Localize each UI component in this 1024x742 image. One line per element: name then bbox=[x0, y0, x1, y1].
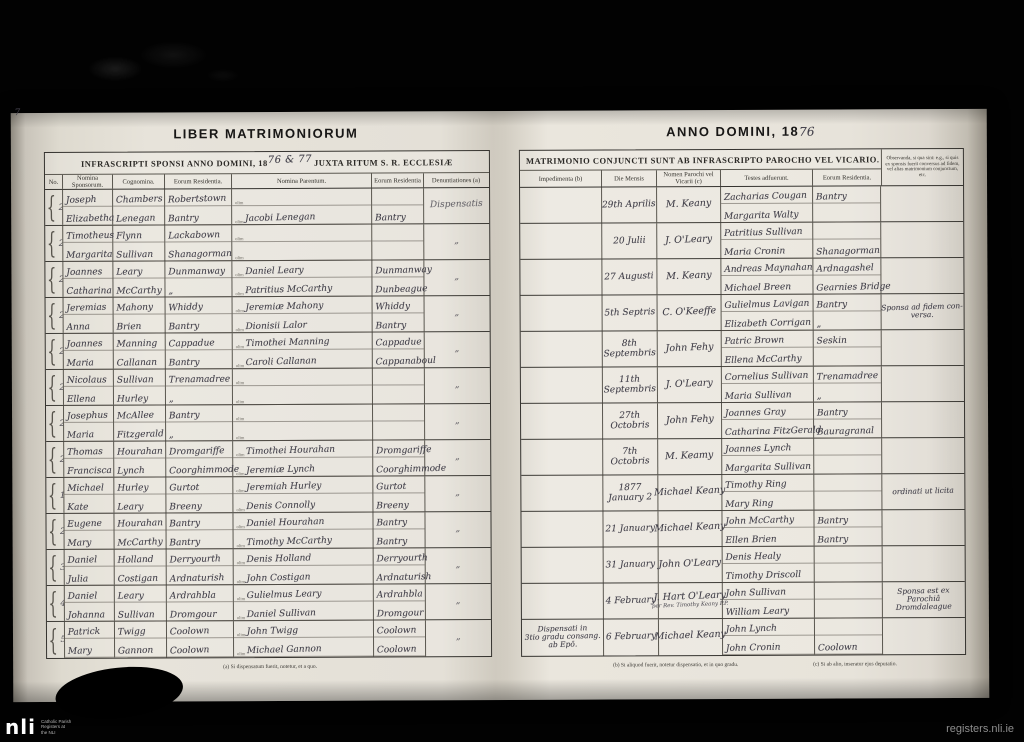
groom-parent-residence-line bbox=[372, 188, 423, 205]
left-cell-spouse-residence: LackabownShanagorman bbox=[165, 225, 232, 260]
left-cell-spouse-residence: DerryourthArdnaturish bbox=[167, 549, 234, 584]
witness-2-line: Catharina FitzGerald bbox=[722, 422, 813, 439]
observanda-center: Sponsa ad fidem con- versa. bbox=[882, 294, 964, 329]
spouse-surname-bride: Lynch bbox=[117, 467, 145, 477]
spouse-surname-bride-line: Sullivan bbox=[115, 604, 166, 621]
observanda-center bbox=[882, 402, 964, 437]
spouse-name-bride-line: Maria bbox=[64, 425, 113, 442]
spouse-surname-bride: Hurley bbox=[117, 395, 148, 405]
observanda-value: Sponsa ad fidem con- versa. bbox=[881, 302, 963, 320]
left-register-row: {27NicolausEllenaSullivanHurleyTrenamadr… bbox=[46, 368, 490, 406]
right-register-row: 1877 January 2Michael KeanyTimothy RingM… bbox=[521, 474, 964, 512]
groom-parent-residence-line: Dromgariffe bbox=[373, 440, 424, 457]
right-page-title: ANNO DOMINI, 1876 bbox=[519, 123, 962, 140]
witness-2-residence-line: Gearnies Bridge bbox=[813, 277, 880, 294]
spouse-residence-groom: Gurtot bbox=[169, 484, 199, 494]
impedimenta-center bbox=[522, 548, 603, 583]
denuntiationes-cell: „ bbox=[425, 440, 489, 475]
spouse-residence-bride-line: Bantry bbox=[166, 352, 232, 369]
spouse-residence-groom-line: Ardrahbla bbox=[167, 585, 233, 602]
observanda-cell bbox=[883, 618, 965, 654]
witness-1-line: Andreas Maynahan bbox=[721, 259, 812, 276]
witness-2: Margarita Walty bbox=[724, 211, 799, 223]
right-register-row: 29th AprilisM. KeanyZacharias CouganMarg… bbox=[520, 186, 963, 224]
watermark-url: registers.nli.ie bbox=[946, 723, 1014, 735]
observanda-center bbox=[883, 546, 965, 581]
witness-1-residence: Bantry bbox=[816, 300, 847, 310]
impedimenta-cell bbox=[521, 296, 603, 331]
witness-1-residence-line bbox=[814, 438, 881, 455]
observanda-center bbox=[882, 510, 964, 545]
witness-residence-cell: Seskin bbox=[814, 330, 882, 365]
denuntiationes-center: „ bbox=[425, 476, 489, 511]
denuntiationes-center: „ bbox=[425, 404, 489, 439]
bride-parent-name-line: olimCaroli Callanan bbox=[233, 352, 372, 370]
spouse-surname-groom: Hurley bbox=[117, 484, 148, 494]
right-register-row: 20 JuliiJ. O'LearyPatritius SullivanMari… bbox=[520, 222, 963, 260]
bride-parent-residence: Bantry bbox=[375, 213, 406, 223]
witness-2-line: Maria Sullivan bbox=[722, 386, 813, 403]
spouse-residence-groom-line: Dromgariffe bbox=[166, 441, 232, 458]
spouse-name-groom: Joannes bbox=[67, 340, 103, 350]
spouse-name-bride: Francisca bbox=[67, 466, 112, 477]
nli-logo-caption: Catholic ParishRegisters atthe NLI bbox=[41, 719, 71, 735]
spouse-residence-bride-line: Coorghimmode bbox=[166, 460, 232, 477]
witness-1: Gulielmus Lavigan bbox=[724, 299, 809, 311]
column-header-left-5: Eorum Residentia bbox=[372, 173, 424, 187]
bride-parent-residence-line: Cappanaboul bbox=[373, 351, 424, 368]
witness-2-line: Margarita Sullivan bbox=[722, 458, 813, 475]
left-cell-spouse-name: DanielJohanna bbox=[65, 586, 115, 621]
spouse-residence-bride: Bantry bbox=[168, 214, 199, 224]
date-cell: 27 Augusti bbox=[602, 259, 657, 294]
entry-number-cell: {3 bbox=[47, 550, 65, 585]
witness-2-residence-line: Bauragranal bbox=[814, 421, 881, 438]
spouse-surname-bride-line: Gannon bbox=[115, 640, 166, 657]
spouse-surname-bride: McCarthy bbox=[117, 538, 163, 549]
observanda-cell bbox=[882, 330, 964, 365]
spouse-surname-groom: Holland bbox=[117, 555, 153, 565]
spouse-residence-bride: Dromgour bbox=[170, 610, 217, 620]
parents-residence-cell: DromgariffeCoorghimmode bbox=[373, 440, 425, 475]
groom-parent-name-line: olim bbox=[233, 369, 372, 387]
spouse-name-bride-line: Ellena bbox=[64, 389, 113, 406]
date-center: 29th Aprilis bbox=[602, 187, 656, 222]
marriage-date-value: 20 Julii bbox=[613, 235, 646, 246]
spouse-surname-bride-line: McCarthy bbox=[115, 532, 166, 549]
parents-residence-cell: DerryourthArdnaturish bbox=[374, 548, 426, 583]
observanda-center bbox=[882, 330, 964, 365]
priest-signature: M. Keamy bbox=[665, 450, 714, 461]
witness-1-residence-line bbox=[814, 474, 881, 491]
spouse-name-bride: Maria bbox=[67, 431, 94, 441]
spouse-residence-groom-line: Trenamadree bbox=[166, 369, 232, 386]
spouse-name-groom-line: Joseph bbox=[63, 190, 112, 207]
bride-parent-residence: Dromgour bbox=[377, 609, 424, 620]
parents-name-cell: olimolimJacobi Lenegan bbox=[232, 189, 372, 225]
parents-residence-cell: BantryBantry bbox=[373, 512, 425, 547]
spouse-surname-groom-line: Hourahan bbox=[114, 513, 165, 530]
marriage-date-value: 8th Septembris bbox=[602, 338, 657, 359]
left-register-row: {3DanielJuliaHollandCostiganDerryourthAr… bbox=[47, 548, 491, 586]
entry-number-cell: {1 bbox=[46, 478, 64, 513]
parents-name-cell: olimolim bbox=[233, 369, 373, 405]
spouse-residence-bride-line: Bantry bbox=[167, 532, 233, 549]
spouse-residence-bride: „ bbox=[169, 431, 174, 441]
denuntiationes-center: „ bbox=[425, 368, 489, 403]
witness-1: Cornelius Sullivan bbox=[725, 371, 809, 383]
impedimenta-cell bbox=[520, 188, 602, 223]
spouse-surname-bride: Leary bbox=[117, 503, 143, 513]
column-header-left-3: Eorum Residentia. bbox=[165, 174, 232, 188]
parent-prefix-label: olim bbox=[236, 327, 244, 332]
parent-prefix-label: olim bbox=[236, 507, 244, 512]
nli-logo: nli Catholic ParishRegisters atthe NLI bbox=[5, 717, 71, 737]
bride-parent-name: Daniel Sullivan bbox=[247, 609, 316, 620]
spouse-surname-groom-line: Hourahan bbox=[114, 441, 165, 458]
left-cell-spouse-surname: FlynnSullivan bbox=[113, 225, 165, 260]
bride-parent-residence-line: Bantry bbox=[374, 531, 425, 548]
bride-parent-name-line: olimDenis Connolly bbox=[233, 496, 372, 514]
parent-prefix-label: olim bbox=[237, 560, 245, 565]
denuntiationes-cell: „ bbox=[425, 296, 489, 331]
observanda-header: Observanda, si qua sint: e.g., si quis e… bbox=[881, 149, 963, 185]
priest-center: John Fehy bbox=[658, 403, 721, 438]
denuntiationes-center: „ bbox=[426, 620, 490, 656]
spouse-name-bride-line: Maria bbox=[64, 353, 113, 370]
spouse-residence-bride-line: Coolown bbox=[167, 640, 233, 657]
impedimenta-cell bbox=[521, 440, 603, 475]
spouse-name-bride: Maria bbox=[67, 359, 94, 369]
spouse-surname-bride-line: Leary bbox=[114, 496, 165, 513]
witness-2-line: Maria Cronin bbox=[721, 242, 812, 259]
impedimenta-center bbox=[520, 224, 601, 259]
witness-2-line: Margarita Walty bbox=[721, 206, 812, 223]
observanda-value: ordinati ut licita bbox=[892, 486, 954, 496]
witness-1-line: Gulielmus Lavigan bbox=[722, 295, 813, 312]
marriage-date-value: 4 February bbox=[605, 595, 656, 606]
spouse-name-bride: Margarita bbox=[66, 250, 112, 261]
observanda-cell bbox=[882, 402, 964, 437]
right-register-row: 5th SeptrisC. O'KeeffeGulielmus LaviganE… bbox=[521, 294, 964, 332]
spouse-residence-bride: Breeny bbox=[169, 502, 202, 512]
witness-residence-cell: Trenamadree„ bbox=[814, 366, 882, 401]
bride-parent-residence-line: Breeny bbox=[373, 495, 424, 512]
parent-prefix-label: olim bbox=[235, 200, 243, 205]
spouse-name-bride: Johanna bbox=[68, 611, 105, 621]
denuntiationes-value: „ bbox=[455, 561, 460, 571]
spouse-residence-bride-line: Dromgour bbox=[167, 604, 233, 621]
left-cell-spouse-name: EugeneMary bbox=[64, 514, 114, 549]
entry-number-cell: {22 bbox=[45, 190, 63, 225]
spouse-surname-groom-line: Holland bbox=[115, 549, 166, 566]
observanda-cell bbox=[881, 186, 963, 221]
witness-1-residence: Bantry bbox=[817, 408, 848, 418]
groom-parent-name: Timothei Manning bbox=[246, 337, 330, 349]
marriage-date-value: 1877 January 2 bbox=[608, 482, 652, 503]
parent-prefix-label: olim bbox=[237, 632, 245, 637]
denuntiationes-cell: „ bbox=[425, 476, 489, 511]
marriage-date-value: 21 January bbox=[605, 523, 655, 534]
spouse-residence-groom-line: Lackabown bbox=[165, 225, 231, 242]
witness-2: John Cronin bbox=[726, 643, 781, 654]
couple-brace: { bbox=[47, 193, 56, 222]
witness-residence-cell bbox=[814, 438, 882, 473]
right-register-row: 11th SeptembrisJ. O'LearyCornelius Sulli… bbox=[521, 366, 964, 404]
groom-parent-name-line: olimTimothei Hourahan bbox=[233, 441, 372, 459]
spouse-surname-bride-line: Brien bbox=[114, 316, 165, 333]
witness-1-residence-line: Bantry bbox=[814, 294, 881, 311]
groom-parent-name-line: olim bbox=[233, 405, 372, 423]
bride-parent-name: Timothy McCarthy bbox=[247, 536, 333, 548]
right-register-row: 27 AugustiM. KeanyAndreas MaynahanMichae… bbox=[520, 258, 963, 296]
priest-signature: John Fehy bbox=[665, 342, 713, 353]
right-register-row: 31 JanuaryJohn O'LearyDenis HealyTimothy… bbox=[522, 546, 965, 584]
witnesses-cell: Patric BrownEllena McCarthy bbox=[722, 331, 814, 366]
left-cell-spouse-residence: DromgariffeCoorghimmode bbox=[166, 441, 233, 476]
parent-prefix-label: olim bbox=[236, 452, 244, 457]
priest-cell: Michael Keany bbox=[658, 475, 722, 510]
left-register-row: {24JoannesCatharinaLearyMcCarthyDunmanwa… bbox=[45, 260, 489, 298]
parent-prefix-label: olim bbox=[235, 291, 243, 296]
spouse-name-bride: Mary bbox=[67, 539, 91, 549]
parent-prefix-label: olim bbox=[236, 308, 244, 313]
spouse-residence-groom: Bantry bbox=[169, 411, 200, 421]
priest-signature-note: per Rev. Timothy Keany P.P. bbox=[652, 601, 729, 610]
bride-parent-name-line: olimJohn Costigan bbox=[234, 568, 373, 586]
left-cell-spouse-name: JoannesMaria bbox=[64, 334, 114, 369]
priest-signature: Michael Keany bbox=[655, 630, 726, 642]
bride-parent-name-line: olimPatritius McCarthy bbox=[232, 280, 371, 298]
left-cell-spouse-name: PatrickMary bbox=[65, 622, 115, 658]
spouse-name-groom-line: Joannes bbox=[64, 334, 113, 351]
observanda-center bbox=[882, 366, 964, 401]
witness-2-line: Timothy Driscoll bbox=[723, 566, 814, 583]
entry-number-cell: {27 bbox=[46, 370, 64, 405]
impedimenta-cell bbox=[522, 548, 604, 583]
bride-parent-residence: Ardnaturish bbox=[377, 573, 432, 584]
spouse-name-groom: Daniel bbox=[67, 556, 97, 566]
groom-parent-name-line: olimDenis Holland bbox=[234, 549, 373, 567]
priest-center: J. O'Leary bbox=[658, 367, 721, 402]
couple-brace: { bbox=[47, 373, 56, 402]
right-register-row: 27th OctobrisJohn FehyJoannes GrayCathar… bbox=[521, 402, 964, 440]
witness-1-residence: Bantry bbox=[816, 192, 847, 202]
witness-residence-cell: BantryBauragranal bbox=[814, 402, 882, 437]
groom-parent-name-line: olimGulielmus Leary bbox=[234, 585, 373, 603]
groom-parent-residence-line: Dunmanway bbox=[372, 260, 423, 277]
witness-2-residence: „ bbox=[817, 392, 822, 402]
left-register-table: INFRASCRIPTI SPONSI ANNO DOMINI, 18 76 &… bbox=[44, 150, 492, 659]
left-cell-spouse-name: ThomasFrancisca bbox=[64, 442, 114, 477]
witness-2-line: William Leary bbox=[723, 602, 814, 619]
spouse-name-bride-line: Julia bbox=[65, 569, 114, 586]
parents-residence-cell: DunmanwayDunbeague bbox=[372, 260, 424, 295]
date-center: 4 February bbox=[604, 583, 658, 618]
spouse-surname-groom-line: Flynn bbox=[113, 225, 164, 242]
witnesses-cell: Andreas MaynahanMichael Breen bbox=[721, 259, 813, 294]
left-header-year-handwritten: 76 & 77 bbox=[268, 155, 312, 166]
priest-signature: M. Keany bbox=[666, 270, 712, 281]
witnesses-cell: Joannes GrayCatharina FitzGerald bbox=[722, 403, 814, 438]
parents-residence-cell bbox=[373, 404, 425, 439]
witness-2: Maria Sullivan bbox=[725, 391, 792, 402]
bride-parent-residence-line: Dunbeague bbox=[372, 279, 423, 296]
spouse-residence-bride: „ bbox=[168, 287, 173, 297]
spouse-residence-bride: Bantry bbox=[169, 358, 200, 368]
witness-2-residence: Bauragranal bbox=[817, 427, 874, 438]
witness-1-residence-line: Seskin bbox=[814, 330, 881, 347]
denuntiationes-cell: „ bbox=[426, 584, 490, 619]
witness-1-line: Joannes Gray bbox=[722, 403, 813, 420]
column-header-left-6: Denuntiationes (a) bbox=[424, 173, 488, 187]
left-header-pre: INFRASCRIPTI SPONSI ANNO DOMINI, 18 bbox=[81, 158, 268, 169]
couple-brace: { bbox=[48, 589, 57, 618]
groom-parent-residence: Cappadue bbox=[375, 338, 421, 349]
groom-parent-name: Denis Holland bbox=[247, 554, 312, 565]
priest-center: J. O'Leary bbox=[657, 223, 720, 258]
priest-center: M. Keany bbox=[657, 187, 720, 222]
bride-parent-residence-line bbox=[373, 423, 424, 440]
denuntiationes-center: Dispensatis bbox=[424, 188, 488, 223]
parents-name-cell: olimJohn TwiggolimMichael Gannon bbox=[234, 621, 374, 658]
spouse-surname-groom: Mahony bbox=[116, 303, 153, 314]
impedimenta-cell bbox=[521, 332, 603, 367]
date-center: 7th Octobris bbox=[603, 439, 657, 474]
witness-1-residence-line: Bantry bbox=[814, 510, 881, 527]
spouse-residence-groom: Derryourth bbox=[169, 555, 220, 566]
impedimenta-cell bbox=[520, 260, 602, 295]
witnesses-cell: Patritius SullivanMaria Cronin bbox=[721, 223, 813, 258]
impedimenta-cell: Dispensati in 3tio gradu consang. ab Epō… bbox=[522, 620, 604, 656]
witness-1-residence-line bbox=[815, 618, 882, 635]
witness-1: Andreas Maynahan bbox=[724, 263, 813, 275]
left-cell-spouse-surname: ChambersLenegan bbox=[113, 189, 165, 224]
left-cell-spouse-residence: Dunmanway„ bbox=[165, 261, 232, 296]
couple-brace: { bbox=[47, 229, 56, 258]
groom-parent-name-line: olim bbox=[232, 225, 371, 243]
left-register-row: {25JeremiasAnnaMahonyBrienWhiddyBantryol… bbox=[46, 296, 490, 334]
spouse-residence-bride-line: Breeny bbox=[166, 496, 232, 513]
column-header-right-1: Die Mensis bbox=[602, 170, 657, 186]
witness-2: Elizabeth Corrigan bbox=[724, 318, 811, 330]
witness-1-residence: Bantry bbox=[817, 516, 848, 526]
marriage-date-value: 31 January bbox=[606, 559, 656, 570]
observanda-cell bbox=[882, 438, 964, 473]
observanda-center bbox=[881, 186, 963, 221]
left-cell-spouse-name: DanielJulia bbox=[65, 550, 115, 585]
denuntiationes-value: „ bbox=[455, 633, 460, 643]
marriage-date-value: 29th Aprilis bbox=[602, 199, 656, 210]
parent-prefix-label: olim bbox=[235, 255, 243, 260]
priest-signature: J. O'Leary bbox=[665, 234, 712, 245]
witness-1: Denis Healy bbox=[725, 552, 780, 563]
parent-prefix-label: olim bbox=[237, 615, 245, 620]
priest-center: M. Keamy bbox=[658, 439, 721, 474]
spouse-residence-bride: Bantry bbox=[168, 322, 199, 332]
witness-1-residence-line: Bantry bbox=[813, 186, 880, 203]
left-cell-spouse-residence: WhiddyBantry bbox=[166, 297, 233, 332]
priest-cell: M. Keamy bbox=[658, 439, 722, 474]
spouse-residence-bride-line: Shanagorman bbox=[165, 244, 231, 261]
denuntiationes-cell: „ bbox=[424, 224, 488, 259]
spouse-surname-groom: Hourahan bbox=[117, 447, 163, 458]
observanda-cell bbox=[882, 510, 964, 545]
witness-2-residence-line bbox=[814, 349, 881, 366]
left-cell-spouse-name: JosephElizabetha bbox=[63, 190, 113, 225]
spouse-surname-bride-line: Sullivan bbox=[113, 244, 164, 261]
date-center: 11th Septembris bbox=[603, 367, 657, 402]
entry-number-cell: {4 bbox=[47, 586, 65, 621]
observanda-center bbox=[883, 618, 965, 654]
date-cell: 29th Aprilis bbox=[602, 187, 657, 222]
impedimenta-center bbox=[521, 332, 602, 367]
spouse-name-groom-line: Daniel bbox=[65, 550, 114, 567]
entry-number-cell: {28 bbox=[46, 406, 64, 441]
bride-parent-name-line: olim bbox=[233, 424, 372, 442]
priest-center: C. O'Keeffe bbox=[658, 295, 721, 330]
spouse-residence-bride: Coorghimmode bbox=[169, 465, 239, 476]
bride-parent-name-line: olimTimothy McCarthy bbox=[234, 532, 373, 550]
parents-name-cell: olimJeremiah HurleyolimDenis Connolly bbox=[233, 477, 373, 513]
bride-parent-name: Michael Gannon bbox=[247, 645, 322, 657]
parent-prefix-label: olim bbox=[237, 596, 245, 601]
date-center: 27th Octobris bbox=[603, 403, 657, 438]
parents-residence-cell: ArdrahblaDromgour bbox=[374, 584, 426, 619]
priest-signature: John O'Leary bbox=[659, 558, 722, 570]
right-register-table: MATRIMONIO CONJUNCTI SUNT AB INFRASCRIPT… bbox=[519, 148, 966, 657]
witness-1-line: Patritius Sullivan bbox=[721, 223, 812, 240]
priest-cell: J. O'Leary bbox=[658, 367, 722, 402]
left-cell-spouse-name: NicolausEllena bbox=[64, 370, 114, 405]
witness-residence-cell: Bantry„ bbox=[814, 294, 882, 329]
right-column-headers: Impedimenta (b)Die MensisNomen Parochi v… bbox=[520, 169, 881, 187]
groom-parent-name: John Twigg bbox=[247, 626, 299, 637]
observanda-center: ordinati ut licita bbox=[882, 474, 964, 509]
observanda-cell: Sponsa est ex Parochiâ Dromdaleague bbox=[883, 582, 965, 617]
parent-prefix-label: olim bbox=[236, 471, 244, 476]
groom-parent-name: Daniel Leary bbox=[245, 266, 304, 277]
priest-signature: C. O'Keeffe bbox=[662, 306, 716, 318]
impedimenta-center bbox=[521, 476, 602, 511]
column-header-right-3: Testes adfuerunt. bbox=[721, 170, 813, 186]
groom-parent-residence-line: Cappadue bbox=[373, 332, 424, 349]
left-header-post: JUXTA RITUM S. R. ECCLESIÆ bbox=[314, 157, 453, 168]
date-center: 27 Augusti bbox=[602, 259, 656, 294]
spouse-name-groom: Jeremias bbox=[66, 303, 106, 314]
left-cell-spouse-residence: CoolownCoolown bbox=[167, 621, 234, 657]
witness-2-line: Ellen Brien bbox=[723, 530, 814, 547]
witness-2-residence: Coolown bbox=[818, 643, 858, 654]
witnesses-cell: John SullivanWilliam Leary bbox=[723, 583, 815, 618]
column-header-right-2: Nomen Parochi vel Vicarii (c) bbox=[657, 170, 721, 186]
parent-prefix-label: olim bbox=[236, 416, 244, 421]
witness-1-line: Timothy Ring bbox=[722, 475, 813, 492]
bride-parent-residence-line: Bantry bbox=[373, 315, 424, 332]
priest-center: Michael Keany bbox=[658, 475, 721, 510]
denuntiationes-value: „ bbox=[455, 489, 460, 499]
priest-center: J. Hart O'Learyper Rev. Timothy Keany P.… bbox=[659, 583, 722, 618]
spouse-residence-bride-line: „ bbox=[165, 280, 231, 297]
date-center: 1877 January 2 bbox=[603, 475, 657, 510]
spouse-surname-bride: Lenegan bbox=[116, 214, 156, 225]
witness-2-residence-line: Bantry bbox=[815, 529, 882, 546]
priest-cell: C. O'Keeffe bbox=[658, 295, 722, 330]
observanda-cell bbox=[881, 222, 963, 257]
witness-2-residence-line: Coolown bbox=[815, 637, 882, 654]
denuntiationes-value: „ bbox=[454, 309, 459, 319]
witness-2-line: Ellena McCarthy bbox=[722, 350, 813, 367]
